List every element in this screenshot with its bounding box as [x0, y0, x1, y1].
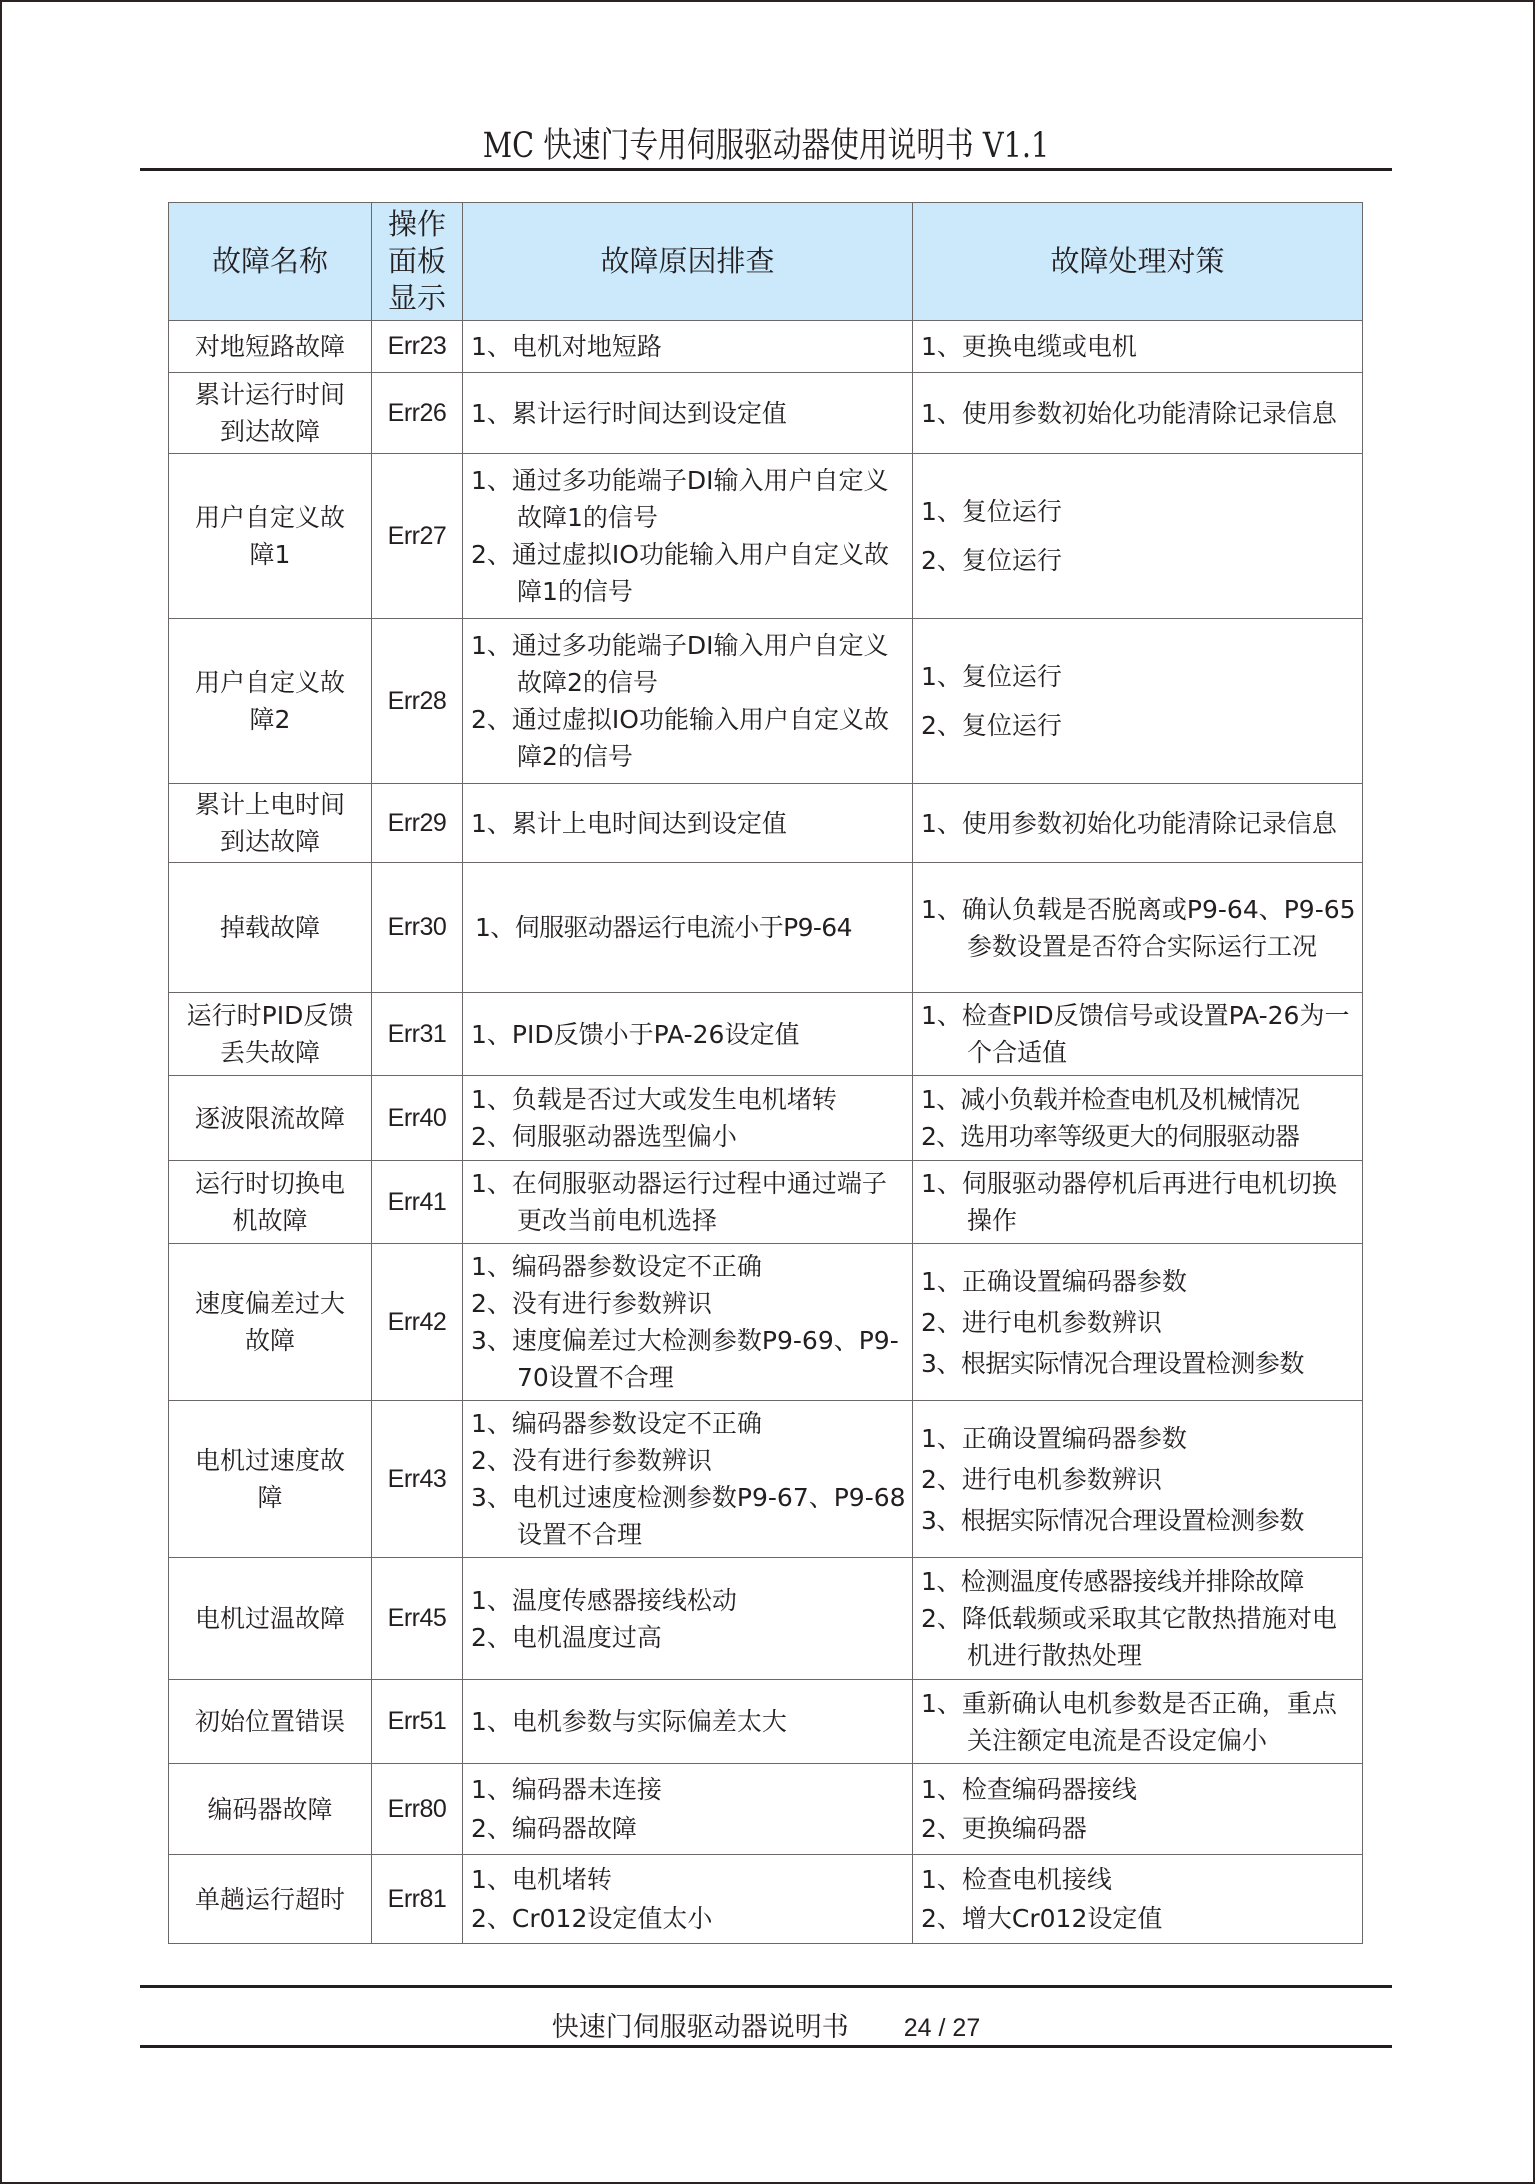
- fault-code: Err43: [372, 1401, 463, 1558]
- fault-code: Err28: [372, 619, 463, 784]
- cause-item: 2、编码器故障: [471, 1810, 908, 1847]
- fault-cause: 1、通过多功能端子DI输入用户自定义故障1的信号 2、通过虚拟IO功能输入用户自…: [463, 454, 913, 619]
- column-header-solution: 故障处理对策: [913, 203, 1363, 321]
- cause-item: 2、Cr012设定值太小: [471, 1900, 908, 1937]
- fault-solution: 1、复位运行 2、复位运行: [913, 454, 1363, 619]
- solution-item: 2、进行电机参数辨识: [921, 1461, 1358, 1498]
- fault-code: Err26: [372, 373, 463, 454]
- table-row: 电机过温故障 Err45 1、温度传感器接线松动 2、电机温度过高 1、检测温度…: [169, 1558, 1363, 1680]
- solution-item: 1、更换电缆或电机: [921, 328, 1358, 365]
- table-row: 掉载故障 Err30 1、伺服驱动器运行电流小于P9-64 1、确认负载是否脱离…: [169, 863, 1363, 993]
- fault-code: Err81: [372, 1855, 463, 1944]
- table-row: 对地短路故障 Err23 1、电机对地短路 1、更换电缆或电机: [169, 321, 1363, 373]
- solution-item: 1、使用参数初始化功能清除记录信息: [921, 395, 1358, 432]
- solution-item: 1、正确设置编码器参数: [921, 1263, 1358, 1300]
- table-row: 用户自定义故障2 Err28 1、通过多功能端子DI输入用户自定义故障2的信号 …: [169, 619, 1363, 784]
- column-header-panel-display: 操作 面板 显示: [372, 203, 463, 321]
- fault-code: Err31: [372, 993, 463, 1076]
- fault-cause: 1、伺服驱动器运行电流小于P9-64: [463, 863, 913, 993]
- cause-item: 2、通过虚拟IO功能输入用户自定义故障1的信号: [471, 536, 908, 610]
- fault-code: Err23: [372, 321, 463, 373]
- fault-code: Err51: [372, 1680, 463, 1764]
- fault-solution: 1、使用参数初始化功能清除记录信息: [913, 373, 1363, 454]
- table-row: 累计运行时间到达故障 Err26 1、累计运行时间达到设定值 1、使用参数初始化…: [169, 373, 1363, 454]
- cause-item: 1、温度传感器接线松动: [471, 1582, 908, 1619]
- solution-item: 2、复位运行: [921, 707, 1358, 744]
- fault-name: 对地短路故障: [169, 321, 372, 373]
- cause-item: 2、没有进行参数辨识: [471, 1285, 908, 1322]
- fault-name: 累计运行时间到达故障: [169, 373, 372, 454]
- cause-item: 1、在伺服驱动器运行过程中通过端子更改当前电机选择: [471, 1165, 908, 1239]
- cause-item: 2、伺服驱动器选型偏小: [471, 1118, 908, 1155]
- column-header-line: 面板: [372, 243, 462, 280]
- solution-item: 1、检查编码器接线: [921, 1771, 1358, 1808]
- cause-item: 2、没有进行参数辨识: [471, 1442, 908, 1479]
- document-footer: 快速门伺服驱动器说明书24 / 27: [140, 2005, 1392, 2044]
- fault-cause: 1、负载是否过大或发生电机堵转 2、伺服驱动器选型偏小: [463, 1076, 913, 1161]
- fault-solution: 1、伺服驱动器停机后再进行电机切换操作: [913, 1161, 1363, 1244]
- fault-solution: 1、更换电缆或电机: [913, 321, 1363, 373]
- solution-item: 1、使用参数初始化功能清除记录信息: [921, 805, 1358, 842]
- column-header-fault-name: 故障名称: [169, 203, 372, 321]
- fault-name: 逐波限流故障: [169, 1076, 372, 1161]
- table-header-row: 故障名称 操作 面板 显示 故障原因排查 故障处理对策: [169, 203, 1363, 321]
- cause-item: 1、编码器参数设定不正确: [471, 1248, 908, 1285]
- cause-item: 1、累计上电时间达到设定值: [471, 805, 908, 842]
- fault-cause: 1、在伺服驱动器运行过程中通过端子更改当前电机选择: [463, 1161, 913, 1244]
- solution-item: 2、选用功率等级更大的伺服驱动器: [921, 1118, 1358, 1155]
- table-row: 逐波限流故障 Err40 1、负载是否过大或发生电机堵转 2、伺服驱动器选型偏小…: [169, 1076, 1363, 1161]
- column-header-line: 操作: [372, 206, 462, 243]
- solution-item: 3、根据实际情况合理设置检测参数: [921, 1345, 1358, 1382]
- header-divider: [140, 168, 1392, 171]
- solution-item: 1、减小负载并检查电机及机械情况: [921, 1081, 1358, 1118]
- fault-code: Err42: [372, 1244, 463, 1401]
- fault-cause: 1、编码器未连接 2、编码器故障: [463, 1764, 913, 1855]
- cause-item: 1、负载是否过大或发生电机堵转: [471, 1081, 908, 1118]
- fault-table: 故障名称 操作 面板 显示 故障原因排查 故障处理对策 对地短路故障 Err23…: [168, 202, 1363, 1944]
- solution-item: 3、根据实际情况合理设置检测参数: [921, 1502, 1358, 1539]
- table-row: 速度偏差过大故障 Err42 1、编码器参数设定不正确 2、没有进行参数辨识 3…: [169, 1244, 1363, 1401]
- fault-solution: 1、重新确认电机参数是否正确，重点关注额定电流是否设定偏小: [913, 1680, 1363, 1764]
- fault-cause: 1、累计运行时间达到设定值: [463, 373, 913, 454]
- fault-cause: 1、累计上电时间达到设定值: [463, 784, 913, 863]
- fault-code: Err30: [372, 863, 463, 993]
- fault-name: 速度偏差过大故障: [169, 1244, 372, 1401]
- table-row: 电机过速度故障 Err43 1、编码器参数设定不正确 2、没有进行参数辨识 3、…: [169, 1401, 1363, 1558]
- solution-item: 2、更换编码器: [921, 1810, 1358, 1847]
- solution-item: 2、降低载频或采取其它散热措施对电机进行散热处理: [921, 1600, 1358, 1674]
- cause-item: 1、通过多功能端子DI输入用户自定义故障2的信号: [471, 627, 908, 701]
- solution-item: 1、检查电机接线: [921, 1861, 1358, 1898]
- fault-name: 用户自定义故障2: [169, 619, 372, 784]
- solution-item: 1、检查PID反馈信号或设置PA-26为一个合适值: [921, 997, 1358, 1071]
- solution-item: 2、复位运行: [921, 542, 1358, 579]
- cause-item: 1、电机参数与实际偏差太大: [471, 1703, 908, 1740]
- fault-cause: 1、通过多功能端子DI输入用户自定义故障2的信号 2、通过虚拟IO功能输入用户自…: [463, 619, 913, 784]
- fault-code: Err40: [372, 1076, 463, 1161]
- fault-name: 初始位置错误: [169, 1680, 372, 1764]
- cause-item: 1、编码器未连接: [471, 1771, 908, 1808]
- cause-item: 1、电机堵转: [471, 1861, 908, 1898]
- fault-name: 运行时PID反馈丢失故障: [169, 993, 372, 1076]
- solution-item: 1、确认负载是否脱离或P9-64、P9-65参数设置是否符合实际运行工况: [921, 891, 1358, 965]
- column-header-cause: 故障原因排查: [463, 203, 913, 321]
- footer-divider-top: [140, 1985, 1392, 1988]
- fault-cause: 1、电机堵转 2、Cr012设定值太小: [463, 1855, 913, 1944]
- solution-item: 1、复位运行: [921, 658, 1358, 695]
- fault-name: 运行时切换电机故障: [169, 1161, 372, 1244]
- cause-item: 2、电机温度过高: [471, 1619, 908, 1656]
- table-row: 运行时PID反馈丢失故障 Err31 1、PID反馈小于PA-26设定值 1、检…: [169, 993, 1363, 1076]
- cause-item: 1、编码器参数设定不正确: [471, 1405, 908, 1442]
- cause-item: 3、电机过速度检测参数P9-67、P9-68设置不合理: [471, 1479, 908, 1553]
- fault-name: 掉载故障: [169, 863, 372, 993]
- solution-item: 1、复位运行: [921, 493, 1358, 530]
- cause-item: 1、PID反馈小于PA-26设定值: [471, 1016, 908, 1053]
- table-row: 累计上电时间到达故障 Err29 1、累计上电时间达到设定值 1、使用参数初始化…: [169, 784, 1363, 863]
- table-row: 初始位置错误 Err51 1、电机参数与实际偏差太大 1、重新确认电机参数是否正…: [169, 1680, 1363, 1764]
- fault-name: 单趟运行超时: [169, 1855, 372, 1944]
- cause-item: 1、伺服驱动器运行电流小于P9-64: [475, 909, 908, 946]
- page-number: 24 / 27: [904, 2014, 980, 2042]
- table-row: 用户自定义故障1 Err27 1、通过多功能端子DI输入用户自定义故障1的信号 …: [169, 454, 1363, 619]
- fault-name: 累计上电时间到达故障: [169, 784, 372, 863]
- solution-item: 1、伺服驱动器停机后再进行电机切换操作: [921, 1165, 1358, 1239]
- fault-solution: 1、复位运行 2、复位运行: [913, 619, 1363, 784]
- fault-solution: 1、检查编码器接线 2、更换编码器: [913, 1764, 1363, 1855]
- fault-solution: 1、减小负载并检查电机及机械情况 2、选用功率等级更大的伺服驱动器: [913, 1076, 1363, 1161]
- fault-solution: 1、正确设置编码器参数 2、进行电机参数辨识 3、根据实际情况合理设置检测参数: [913, 1401, 1363, 1558]
- cause-item: 3、速度偏差过大检测参数P9-69、P9-70设置不合理: [471, 1322, 908, 1396]
- cause-item: 2、通过虚拟IO功能输入用户自定义故障2的信号: [471, 701, 908, 775]
- cause-item: 1、通过多功能端子DI输入用户自定义故障1的信号: [471, 462, 908, 536]
- fault-solution: 1、检测温度传感器接线并排除故障 2、降低载频或采取其它散热措施对电机进行散热处…: [913, 1558, 1363, 1680]
- fault-solution: 1、检查PID反馈信号或设置PA-26为一个合适值: [913, 993, 1363, 1076]
- table-row: 编码器故障 Err80 1、编码器未连接 2、编码器故障 1、检查编码器接线 2…: [169, 1764, 1363, 1855]
- fault-name: 编码器故障: [169, 1764, 372, 1855]
- fault-name: 电机过速度故障: [169, 1401, 372, 1558]
- solution-item: 1、重新确认电机参数是否正确，重点关注额定电流是否设定偏小: [921, 1685, 1358, 1759]
- fault-name: 电机过温故障: [169, 1558, 372, 1680]
- cause-item: 1、电机对地短路: [471, 328, 908, 365]
- table-row: 单趟运行超时 Err81 1、电机堵转 2、Cr012设定值太小 1、检查电机接…: [169, 1855, 1363, 1944]
- footer-title: 快速门伺服驱动器说明书: [552, 2012, 849, 2043]
- solution-item: 1、正确设置编码器参数: [921, 1420, 1358, 1457]
- solution-item: 2、增大Cr012设定值: [921, 1900, 1358, 1937]
- fault-solution: 1、检查电机接线 2、增大Cr012设定值: [913, 1855, 1363, 1944]
- fault-code: Err80: [372, 1764, 463, 1855]
- fault-solution: 1、使用参数初始化功能清除记录信息: [913, 784, 1363, 863]
- fault-solution: 1、确认负载是否脱离或P9-64、P9-65参数设置是否符合实际运行工况: [913, 863, 1363, 993]
- table-body: 对地短路故障 Err23 1、电机对地短路 1、更换电缆或电机 累计运行时间到达…: [169, 321, 1363, 1944]
- fault-cause: 1、编码器参数设定不正确 2、没有进行参数辨识 3、速度偏差过大检测参数P9-6…: [463, 1244, 913, 1401]
- fault-cause: 1、编码器参数设定不正确 2、没有进行参数辨识 3、电机过速度检测参数P9-67…: [463, 1401, 913, 1558]
- fault-cause: 1、PID反馈小于PA-26设定值: [463, 993, 913, 1076]
- fault-solution: 1、正确设置编码器参数 2、进行电机参数辨识 3、根据实际情况合理设置检测参数: [913, 1244, 1363, 1401]
- fault-cause: 1、电机参数与实际偏差太大: [463, 1680, 913, 1764]
- cause-item: 1、累计运行时间达到设定值: [471, 395, 908, 432]
- fault-code: Err41: [372, 1161, 463, 1244]
- fault-name: 用户自定义故障1: [169, 454, 372, 619]
- solution-item: 2、进行电机参数辨识: [921, 1304, 1358, 1341]
- solution-item: 1、检测温度传感器接线并排除故障: [921, 1563, 1358, 1600]
- column-header-line: 显示: [372, 280, 462, 317]
- table-row: 运行时切换电机故障 Err41 1、在伺服驱动器运行过程中通过端子更改当前电机选…: [169, 1161, 1363, 1244]
- fault-cause: 1、温度传感器接线松动 2、电机温度过高: [463, 1558, 913, 1680]
- fault-code: Err27: [372, 454, 463, 619]
- fault-cause: 1、电机对地短路: [463, 321, 913, 373]
- footer-divider-bottom: [140, 2045, 1392, 2048]
- fault-code: Err45: [372, 1558, 463, 1680]
- fault-code: Err29: [372, 784, 463, 863]
- document-header-title: MC 快速门专用伺服驱动器使用说明书 V1.1: [253, 118, 1280, 168]
